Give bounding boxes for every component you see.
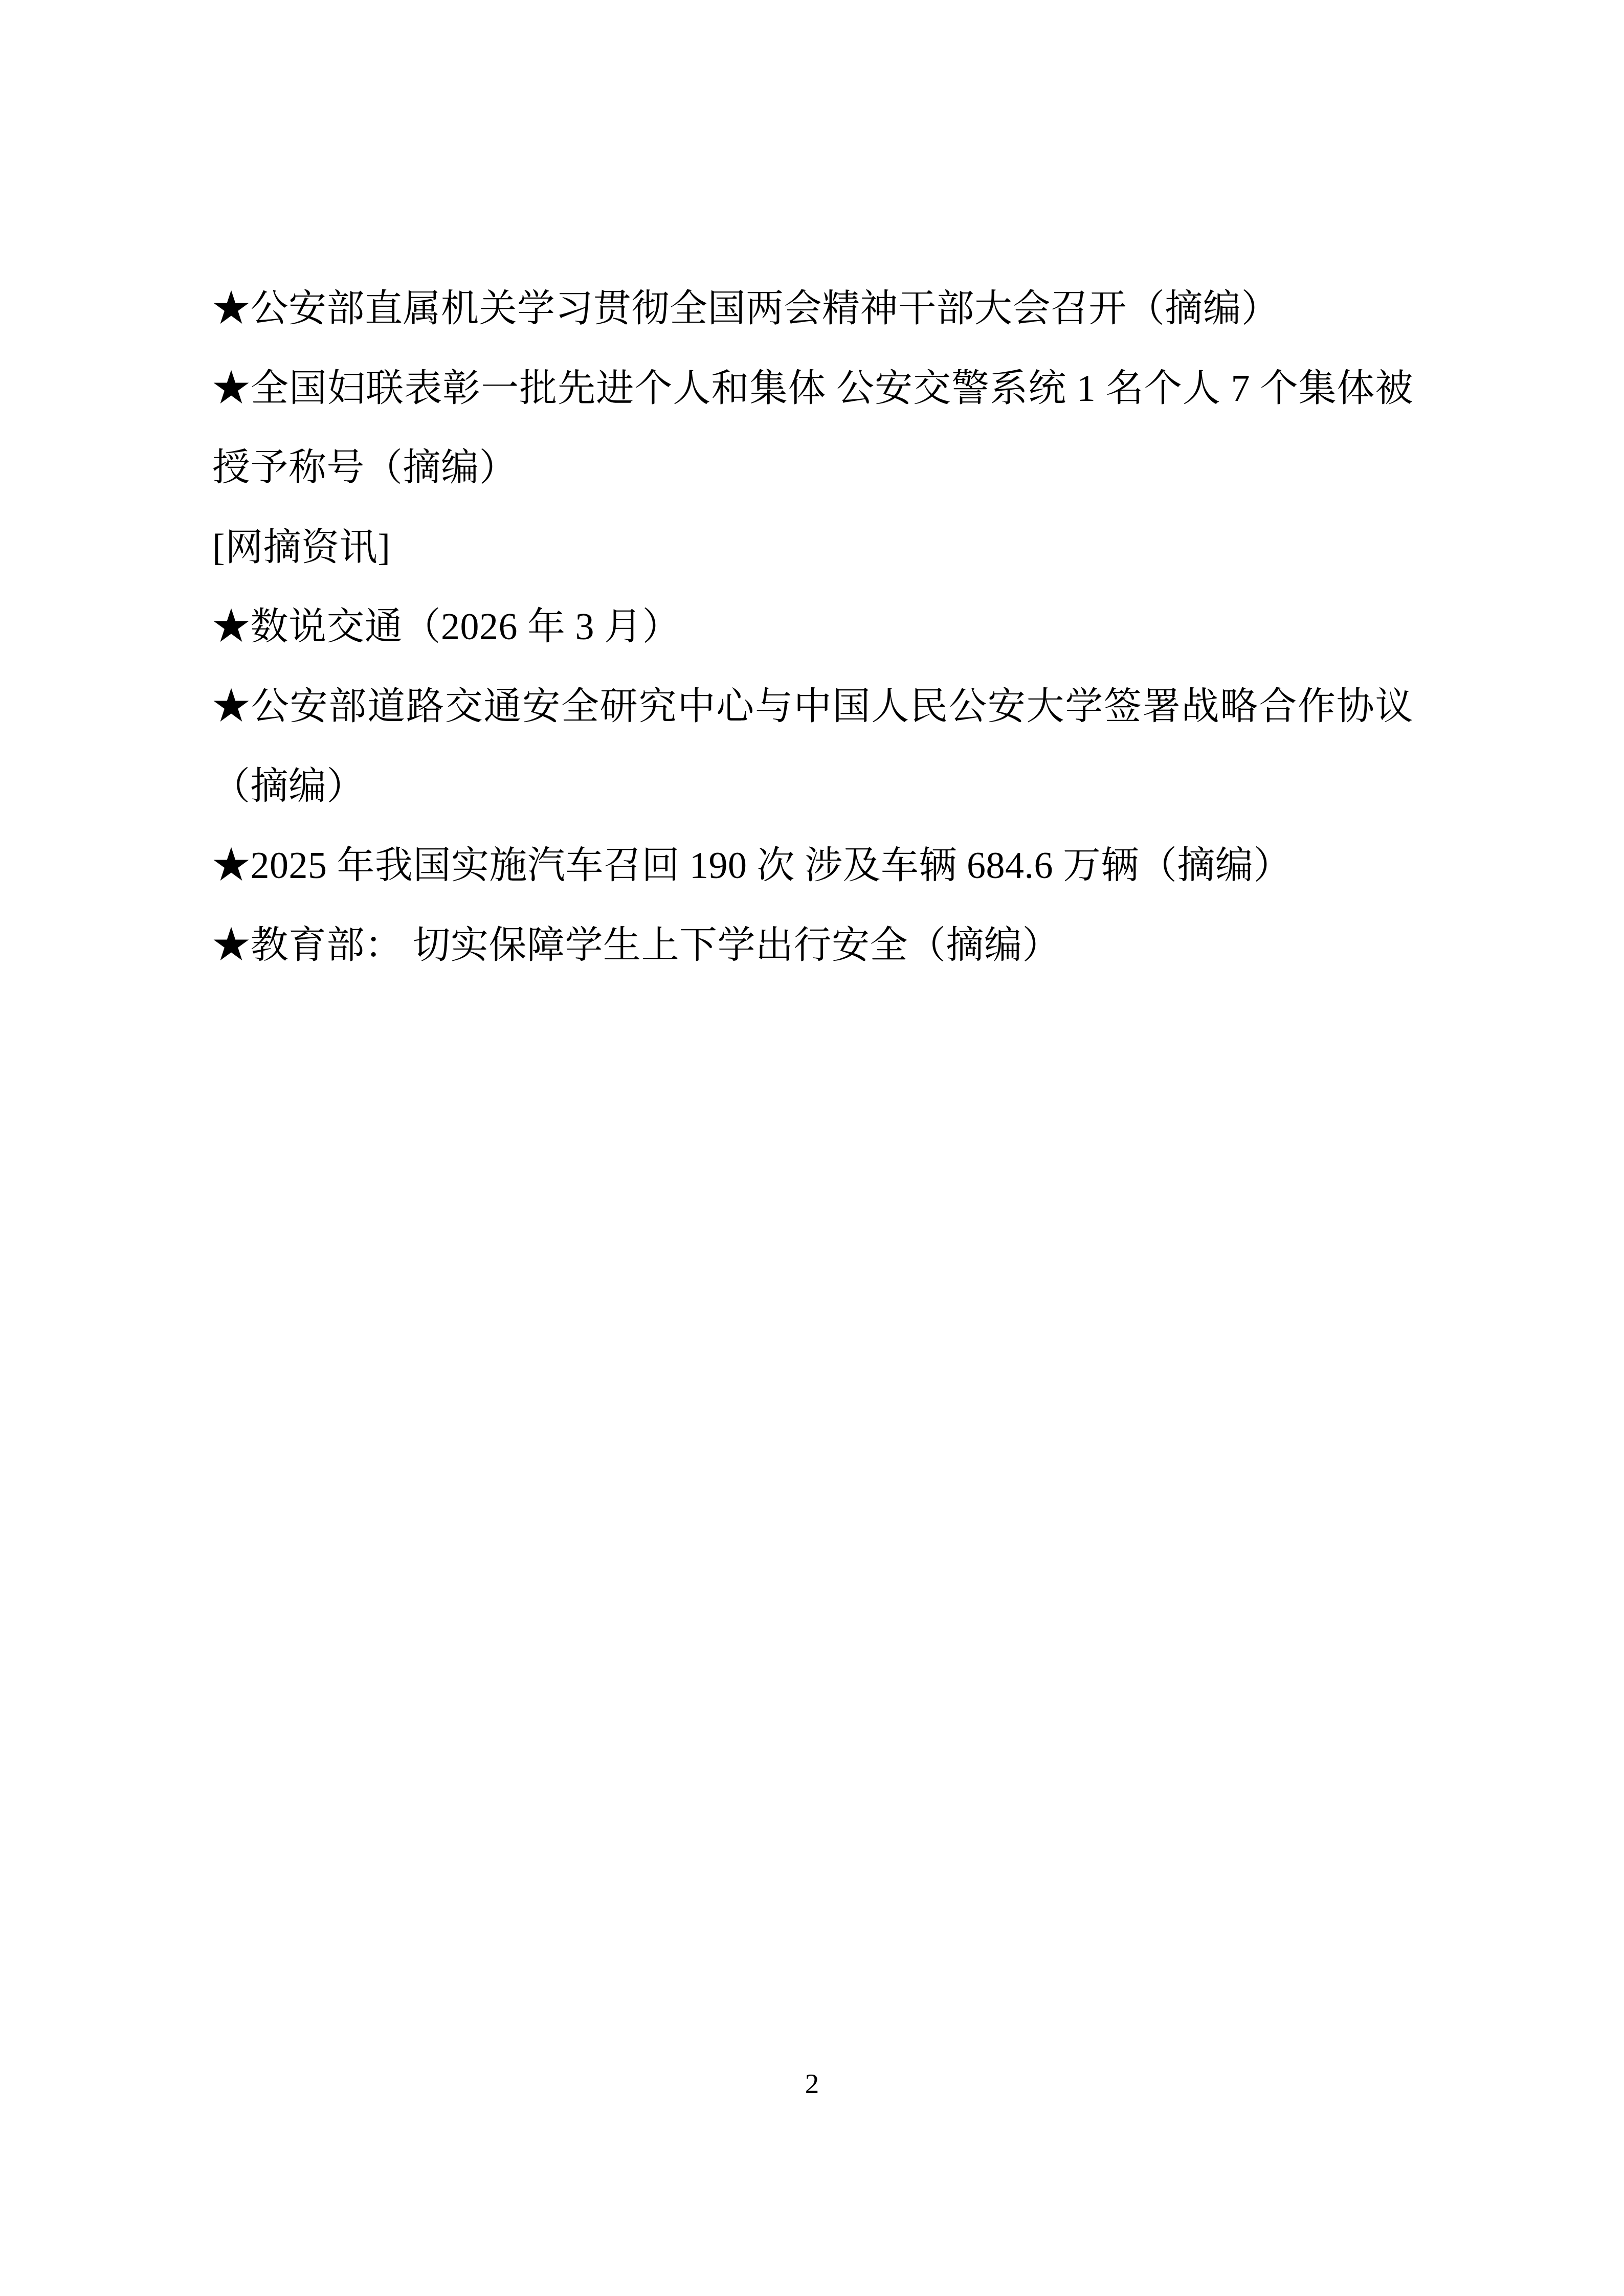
toc-line-3: 授予称号（摘编） [212, 429, 1413, 508]
toc-line-8: ★2025 年我国实施汽车召回 190 次 涉及车辆 684.6 万辆（摘编） [212, 826, 1413, 906]
page-number: 2 [0, 2069, 1624, 2098]
toc-line-1: ★公安部直属机关学习贯彻全国两会精神干部大会召开（摘编） [212, 269, 1413, 349]
document-page: ★公安部直属机关学习贯彻全国两会精神干部大会召开（摘编） ★全国妇联表彰一批先进… [0, 0, 1624, 2296]
toc-line-6: ★公安部道路交通安全研究中心与中国人民公安大学签署战略合作协议 [212, 667, 1413, 747]
toc-line-5: ★数说交通（2026 年 3 月） [212, 588, 1413, 667]
toc-line-9: ★教育部： 切实保障学生上下学出行安全（摘编） [212, 906, 1413, 986]
toc-line-7: （摘编） [212, 747, 1413, 827]
toc-list: ★公安部直属机关学习贯彻全国两会精神干部大会召开（摘编） ★全国妇联表彰一批先进… [212, 269, 1413, 985]
toc-line-4-section-header: [网摘资讯] [212, 508, 1413, 588]
toc-line-2: ★全国妇联表彰一批先进个人和集体 公安交警系统 1 名个人 7 个集体被 [212, 349, 1413, 429]
